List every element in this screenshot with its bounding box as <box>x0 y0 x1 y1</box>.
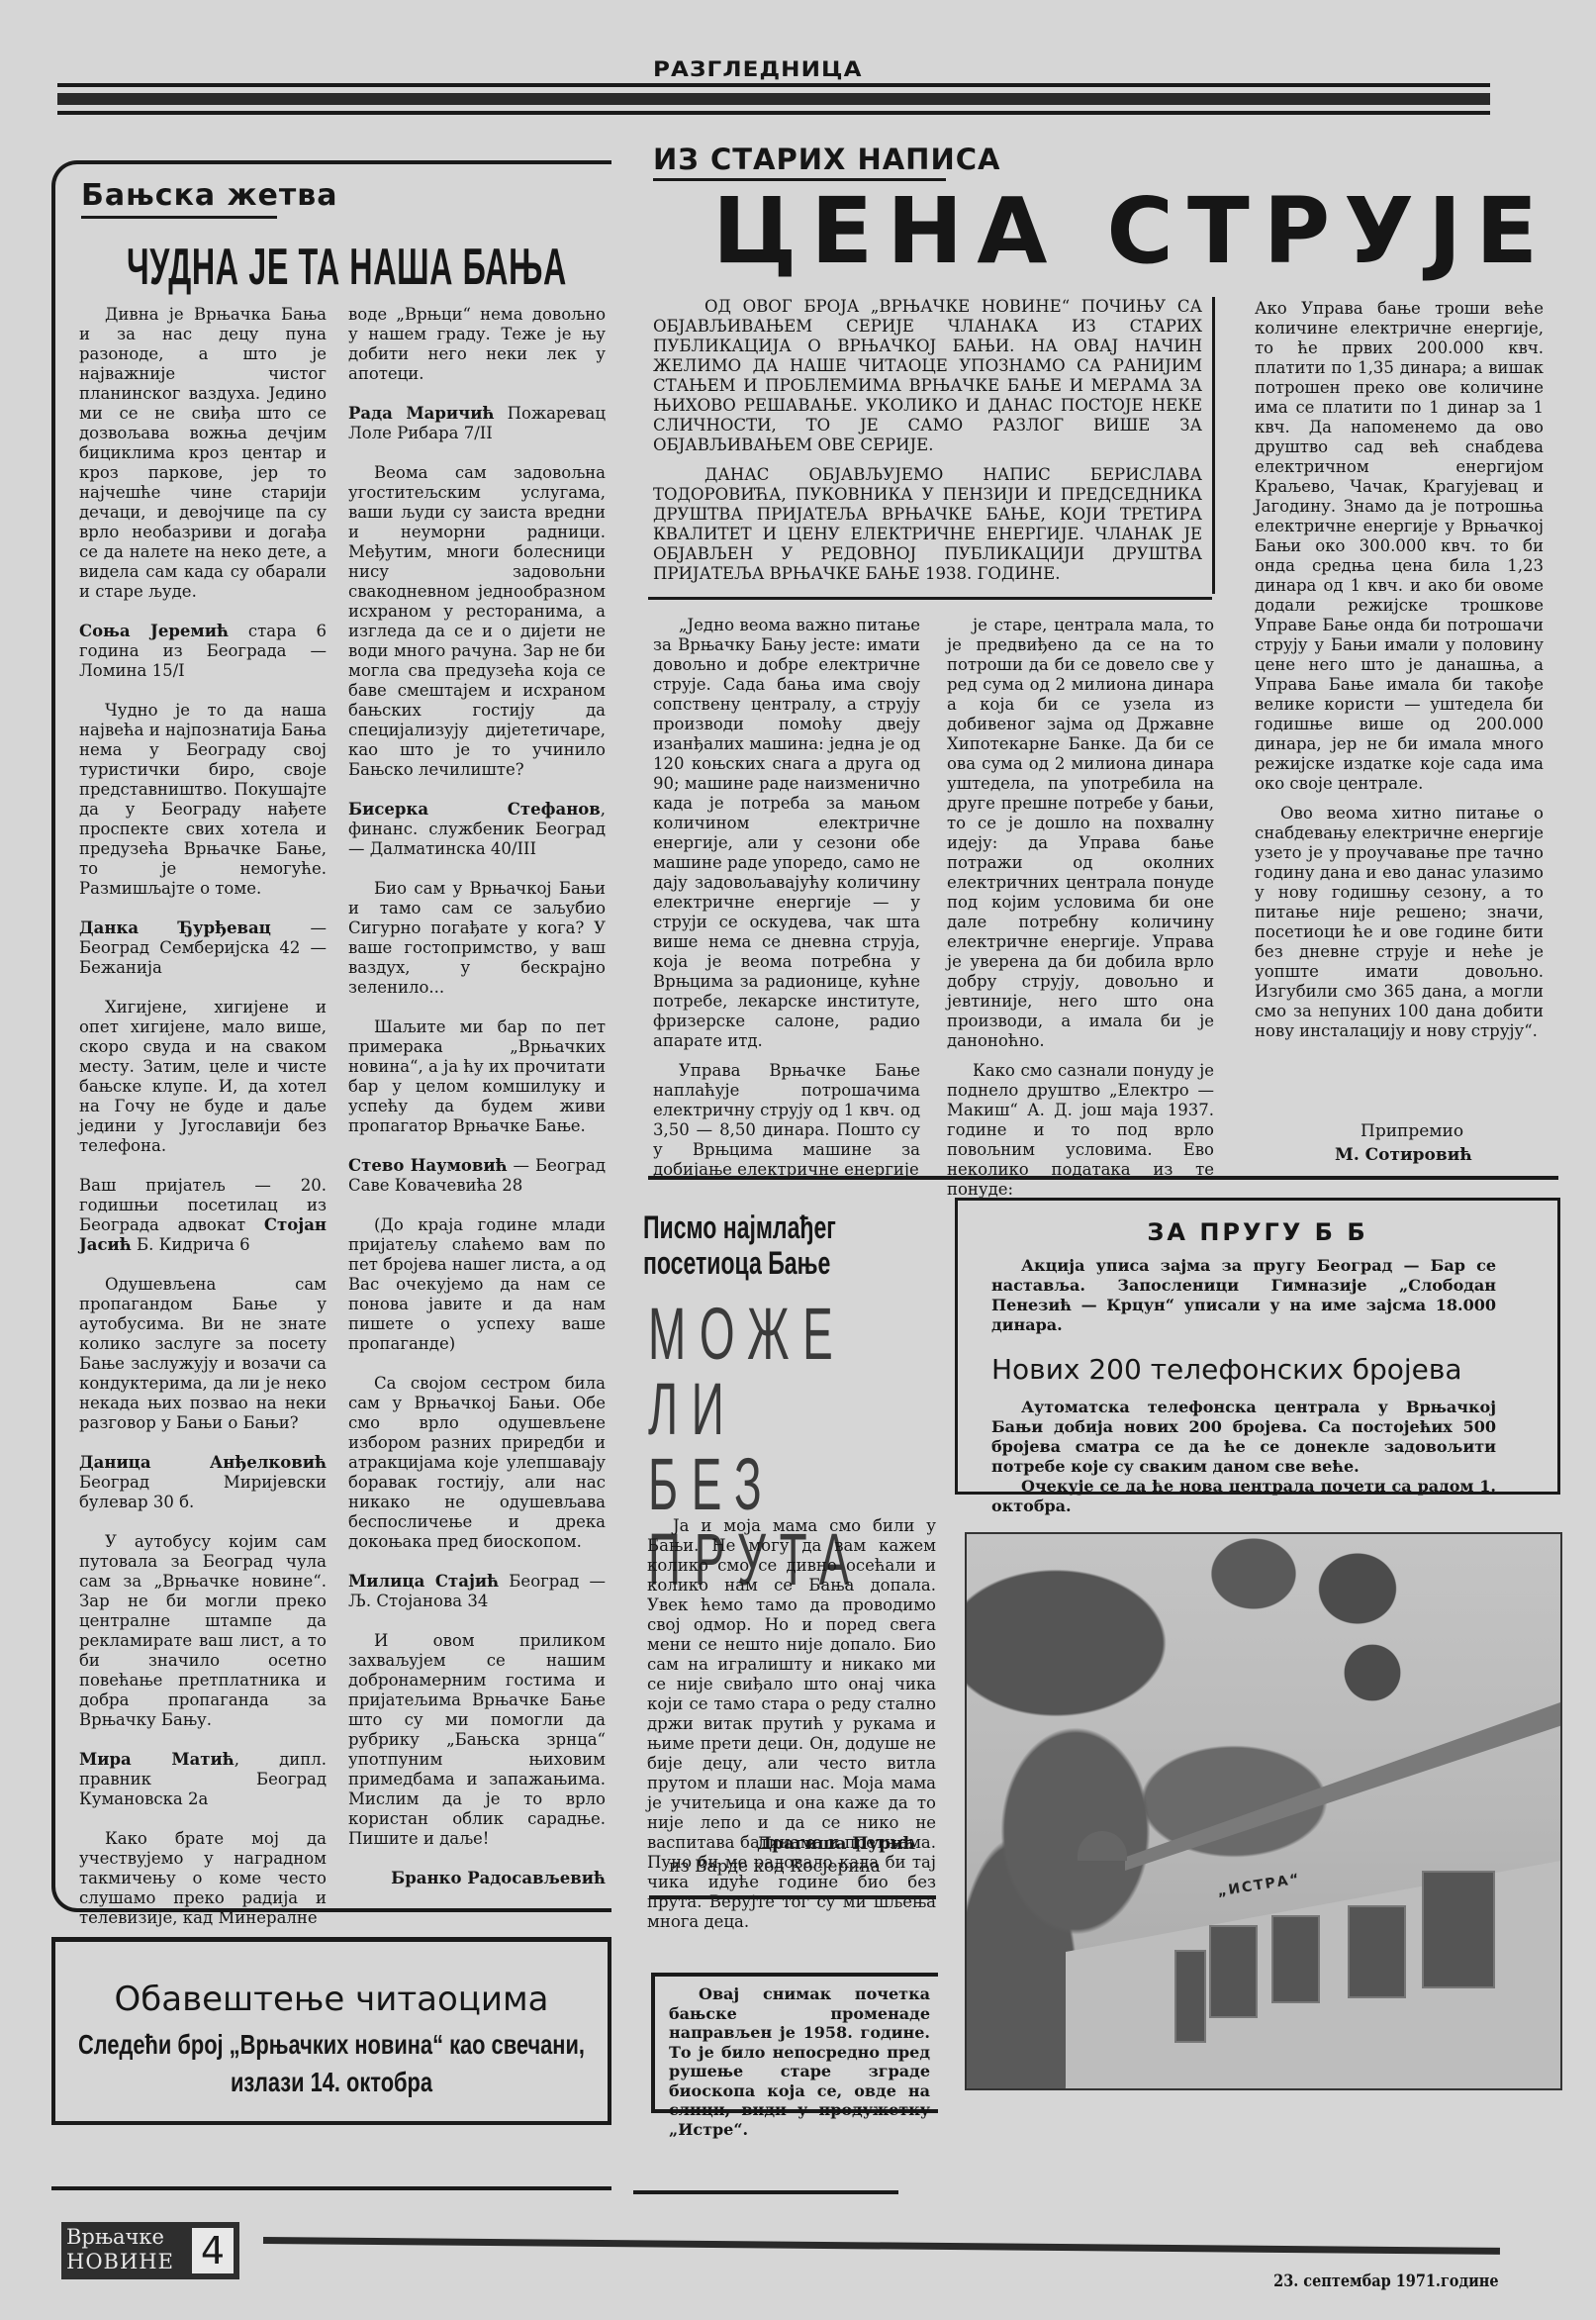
column-divider <box>1212 297 1215 594</box>
letter-signature: Рада Маричић Пожаревац Лоле Рибара 7/II <box>348 404 606 443</box>
letter-signature: Ваш пријатељ — 20. годишњи посетилац из … <box>79 1176 327 1255</box>
letters-headline: ЧУДНА ЈЕ ТА НАША БАЊА <box>127 238 567 297</box>
letters-column-1: Дивна је Врњачка Бања и за нас децу пуна… <box>79 305 327 1948</box>
divider <box>649 1895 936 1899</box>
letter-signature: Даница Анђелковић Београд Миријевски бул… <box>79 1453 327 1512</box>
letter-place: из Варде код Косјерића <box>669 1857 881 1877</box>
letter-paragraph: Шаљите ми бар по пет примерака „Врњачких… <box>348 1017 606 1136</box>
letters-kicker: Бањска жетва <box>81 178 337 213</box>
main-headline: ЦЕНА СТРУЈЕ <box>712 178 1551 284</box>
letter-paragraph: Одушевљена сам пропагандом Бање у аутобу… <box>79 1275 327 1433</box>
intro-divider <box>648 597 1212 600</box>
photo-istra-building: „ИСТРА“ <box>965 1532 1562 2090</box>
main-kicker: ИЗ СТАРИХ НАПИСА <box>653 143 1000 176</box>
letter-signature: Стево Наумовић — Београд Саве Ковачевића… <box>348 1156 606 1196</box>
railway-body: Акција уписа зајма за пругу Београд — Ба… <box>991 1256 1496 1335</box>
istra-sign: „ИСТРА“ <box>1216 1871 1302 1899</box>
signoff-label: Припремио <box>1361 1121 1463 1141</box>
footer-rule <box>263 2237 1500 2255</box>
letter-paragraph: Чудно је то да наша највећа и најпознати… <box>79 701 327 899</box>
letter-signature: Мира Матић, дипл. правник Београд Кумано… <box>79 1750 327 1809</box>
telephone-title: Нових 200 телефонских бројева <box>991 1353 1557 1386</box>
letter-paragraph: И овом приликом захваљујем се нашим добр… <box>348 1631 606 1849</box>
article-paragraph: „Једно веома важно питање за Врњачку Бањ… <box>653 616 920 1051</box>
article-paragraph: је старе, централа мала, то је предвиђен… <box>947 616 1214 1051</box>
notice-title: Обавештење читаоцима <box>55 1980 608 2019</box>
letter-paragraph: воде „Врњци“ нема довољно у нашем граду.… <box>348 305 606 384</box>
letter-paragraph: Дивна је Врњачка Бања и за нас децу пуна… <box>79 305 327 602</box>
letters-column-2: воде „Врњци“ нема довољно у нашем граду.… <box>348 305 606 1908</box>
main-column-2: је старе, централа мала, то је предвиђен… <box>947 616 1214 1200</box>
main-column-3: Ако Управа бање троши веће количине елек… <box>1255 299 1544 1041</box>
article-paragraph: Управа Врњачке Бање наплаћује потрошачим… <box>653 1061 920 1180</box>
photo-caption-box: Овај снимак почетка бањске променаде нап… <box>651 1973 938 2113</box>
letter-signature: Милица Стајић Београд — Љ. Стојанова 34 <box>348 1572 606 1611</box>
letter-paragraph: (До краја године млади пријатељу слаћемо… <box>348 1215 606 1354</box>
reader-notice-box: Обавештење читаоцима Следећи број „Врњач… <box>51 1937 611 2125</box>
intro-paragraph: Данас објављујемо напис Берислава Тодоро… <box>653 465 1202 584</box>
letter-paragraph: Веома сам задовољна угоститељским услуга… <box>348 463 606 780</box>
letter-author: Драгиша Пурић <box>757 1834 915 1854</box>
letter-paragraph: У аутобусу којим сам путовала за Београд… <box>79 1532 327 1730</box>
letter-paragraph: Хигијене, хигијене и опет хигијене, мало… <box>79 998 327 1156</box>
letter-signature: Соња Јеремић стара 6 година из Београда … <box>79 622 327 681</box>
letter-paragraph: Био сам у Врњачкој Бањи и тамо сам се за… <box>348 879 606 998</box>
section-divider <box>648 1176 1558 1180</box>
railway-loan-box: ЗА ПРУГУ Б Б Акција уписа зајма за пругу… <box>955 1198 1560 1495</box>
issue-date: 23. септембар 1971.године <box>1274 2272 1499 2291</box>
letter-signature: Бисерка Стефанов, финанс. службеник Беог… <box>348 800 606 859</box>
notice-line-1: Следећи број „Врњачких новина“ као свеча… <box>62 2029 601 2061</box>
section-header: РАЗГЛЕДНИЦА <box>653 57 863 81</box>
letter-kicker: Писмо најмлађег посетиоца Бање <box>643 1209 928 1281</box>
article-paragraph: Ако Управа бање троши веће количине елек… <box>1255 299 1544 794</box>
notice-line-2: излази 14. октобра <box>116 2067 546 2098</box>
header-rule <box>57 83 1490 123</box>
main-intro: Од овог броја „Врњачке новине“ почињу са… <box>653 297 1202 584</box>
letter-signature: Данка Ђурђевац — Београд Семберијска 42 … <box>79 918 327 978</box>
intro-paragraph: Од овог броја „Врњачке новине“ почињу са… <box>653 297 1202 455</box>
letter-paragraph: Са својом сестром била сам у Врњачкој Ба… <box>348 1374 606 1552</box>
photo-caption: Овај снимак почетка бањске променаде нап… <box>669 1984 930 2139</box>
page-number: 4 <box>192 2228 234 2273</box>
letter-paragraph: Како брате мој да учествујемо у наградно… <box>79 1829 327 1928</box>
main-column-1: „Једно веома важно питање за Врњачку Бањ… <box>653 616 920 1180</box>
newspaper-logo: Врњачке НОВИНЕ 4 <box>61 2222 239 2279</box>
article-paragraph: Ово веома хитно питање о снабдевању елек… <box>1255 804 1544 1041</box>
signoff-name: М. Сотировић <box>1335 1145 1472 1165</box>
divider <box>51 2186 611 2190</box>
divider <box>633 2190 898 2194</box>
kicker-underline <box>81 216 277 219</box>
column-author: Бранко Радосављевић <box>348 1869 606 1888</box>
railway-title: ЗА ПРУГУ Б Б <box>958 1218 1557 1246</box>
telephone-body: Аутоматска телефонска централа у Врњачко… <box>991 1398 1496 1516</box>
